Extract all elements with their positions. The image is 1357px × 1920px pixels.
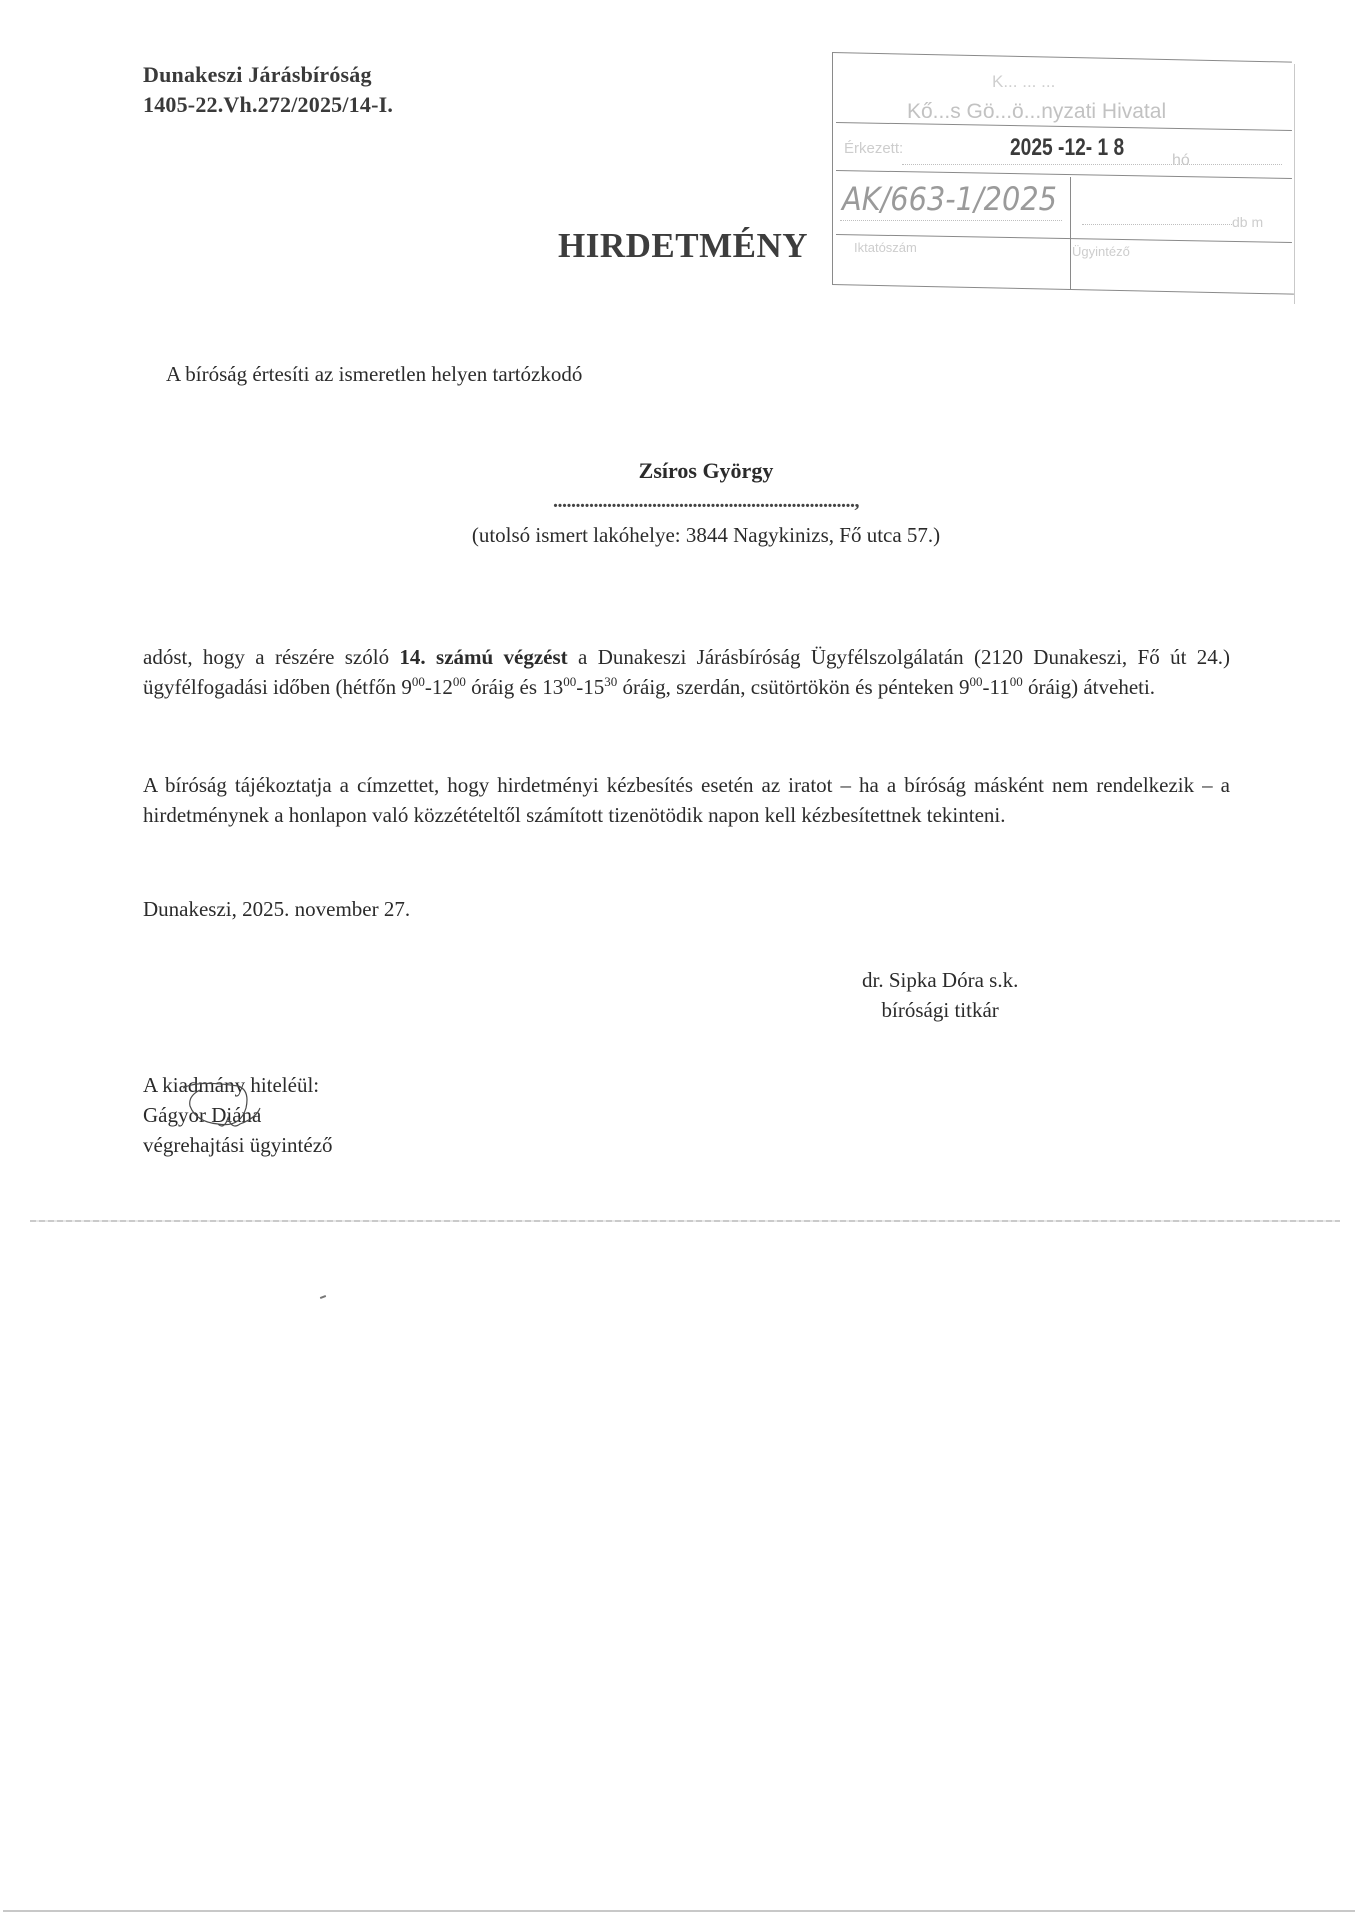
scan-speck (320, 1295, 326, 1299)
time-sup: 00 (1010, 674, 1023, 689)
paragraph-delivery-info: A bíróság tájékoztatja a címzettet, hogy… (143, 770, 1230, 830)
recipient-dotted-line: ........................................… (0, 490, 1357, 513)
time: -15 (576, 675, 604, 699)
p1-text: óráig, szerdán, csütörtökön és pénteken (617, 675, 959, 699)
recipient-name: Zsíros György (0, 458, 1357, 484)
stamp-org-line1: K... ... ... (992, 72, 1055, 92)
signer-title: bírósági titkár (862, 995, 1018, 1025)
stamp-handwritten-ref: AK/663-1/2025 (842, 180, 1057, 218)
stamp-month-label: hó (1172, 152, 1190, 170)
time: 13 (542, 675, 563, 699)
scan-divider (30, 1220, 1340, 1222)
stamp-received-label: Érkezett: (844, 140, 903, 157)
p1-text: óráig) átveheti. (1023, 675, 1155, 699)
stamp-clerk-label: Ügyintéző (1072, 244, 1130, 259)
case-number: 1405-22.Vh.272/2025/14-I. (143, 90, 393, 120)
p1-bold-order: 14. számú végzést (399, 645, 567, 669)
time: 9 (959, 675, 970, 699)
received-stamp: K... ... ... Kő...s Gö...ö...nyzati Hiva… (832, 52, 1302, 304)
stamp-org-line2: Kő...s Gö...ö...nyzati Hivatal (907, 100, 1166, 124)
recipient-address: (utolsó ismert lakóhelye: 3844 Nagykiniz… (0, 523, 1357, 548)
time: 9 (401, 675, 412, 699)
document-header: Dunakeszi Járásbíróság 1405-22.Vh.272/20… (143, 60, 393, 120)
time-sup: 30 (604, 674, 617, 689)
stamp-attachment-label: db m (1232, 214, 1263, 230)
document-title: HIRDETMÉNY (558, 226, 808, 266)
page-bottom-edge (3, 1910, 1355, 1912)
signer-name: dr. Sipka Dóra s.k. (862, 965, 1018, 995)
time-sup: 00 (412, 674, 425, 689)
stamp-number-label: Iktatószám (854, 240, 917, 255)
time-sup: 00 (969, 674, 982, 689)
signature-block: dr. Sipka Dóra s.k. bírósági titkár (862, 965, 1018, 1025)
time-sup: 00 (563, 674, 576, 689)
time-sup: 00 (453, 674, 466, 689)
paragraph-pickup-notice: adóst, hogy a részére szóló 14. számú vé… (143, 642, 1230, 702)
handwritten-signature-icon (178, 1078, 278, 1148)
time: -12 (425, 675, 453, 699)
stamp-received-date: 2025 -12- 1 8 (1010, 134, 1124, 162)
place-date: Dunakeszi, 2025. november 27. (143, 897, 410, 922)
court-name: Dunakeszi Járásbíróság (143, 60, 393, 90)
p1-text: adóst, hogy a részére szóló (143, 645, 399, 669)
p1-text: óráig és (466, 675, 542, 699)
intro-text: A bíróság értesíti az ismeretlen helyen … (166, 362, 582, 387)
time: -11 (982, 675, 1009, 699)
